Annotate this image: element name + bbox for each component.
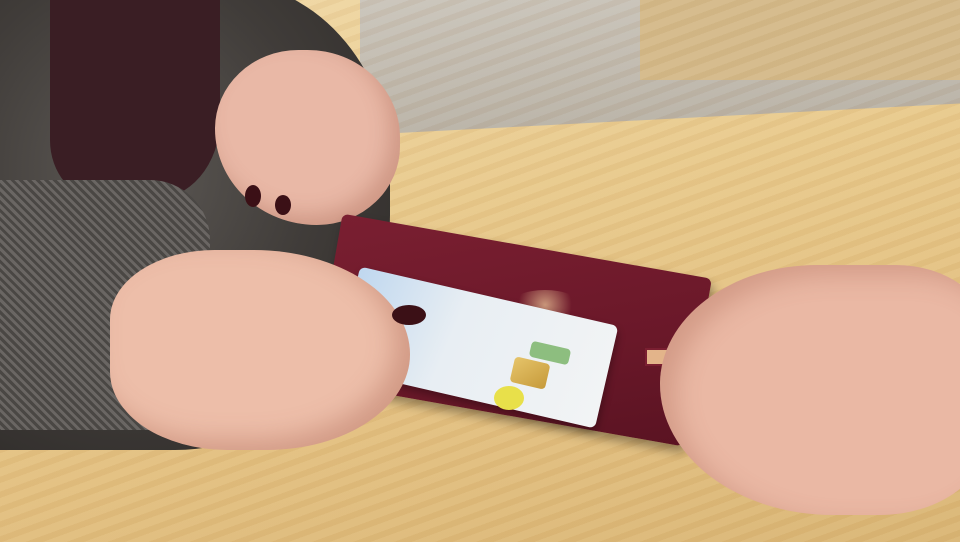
photo-scene: Two hands exchanging a burgundy passport… (0, 0, 960, 542)
nail (392, 305, 426, 325)
scarf (50, 0, 220, 200)
nail (245, 185, 261, 207)
id-card-seal (494, 386, 524, 410)
nail (275, 195, 291, 215)
